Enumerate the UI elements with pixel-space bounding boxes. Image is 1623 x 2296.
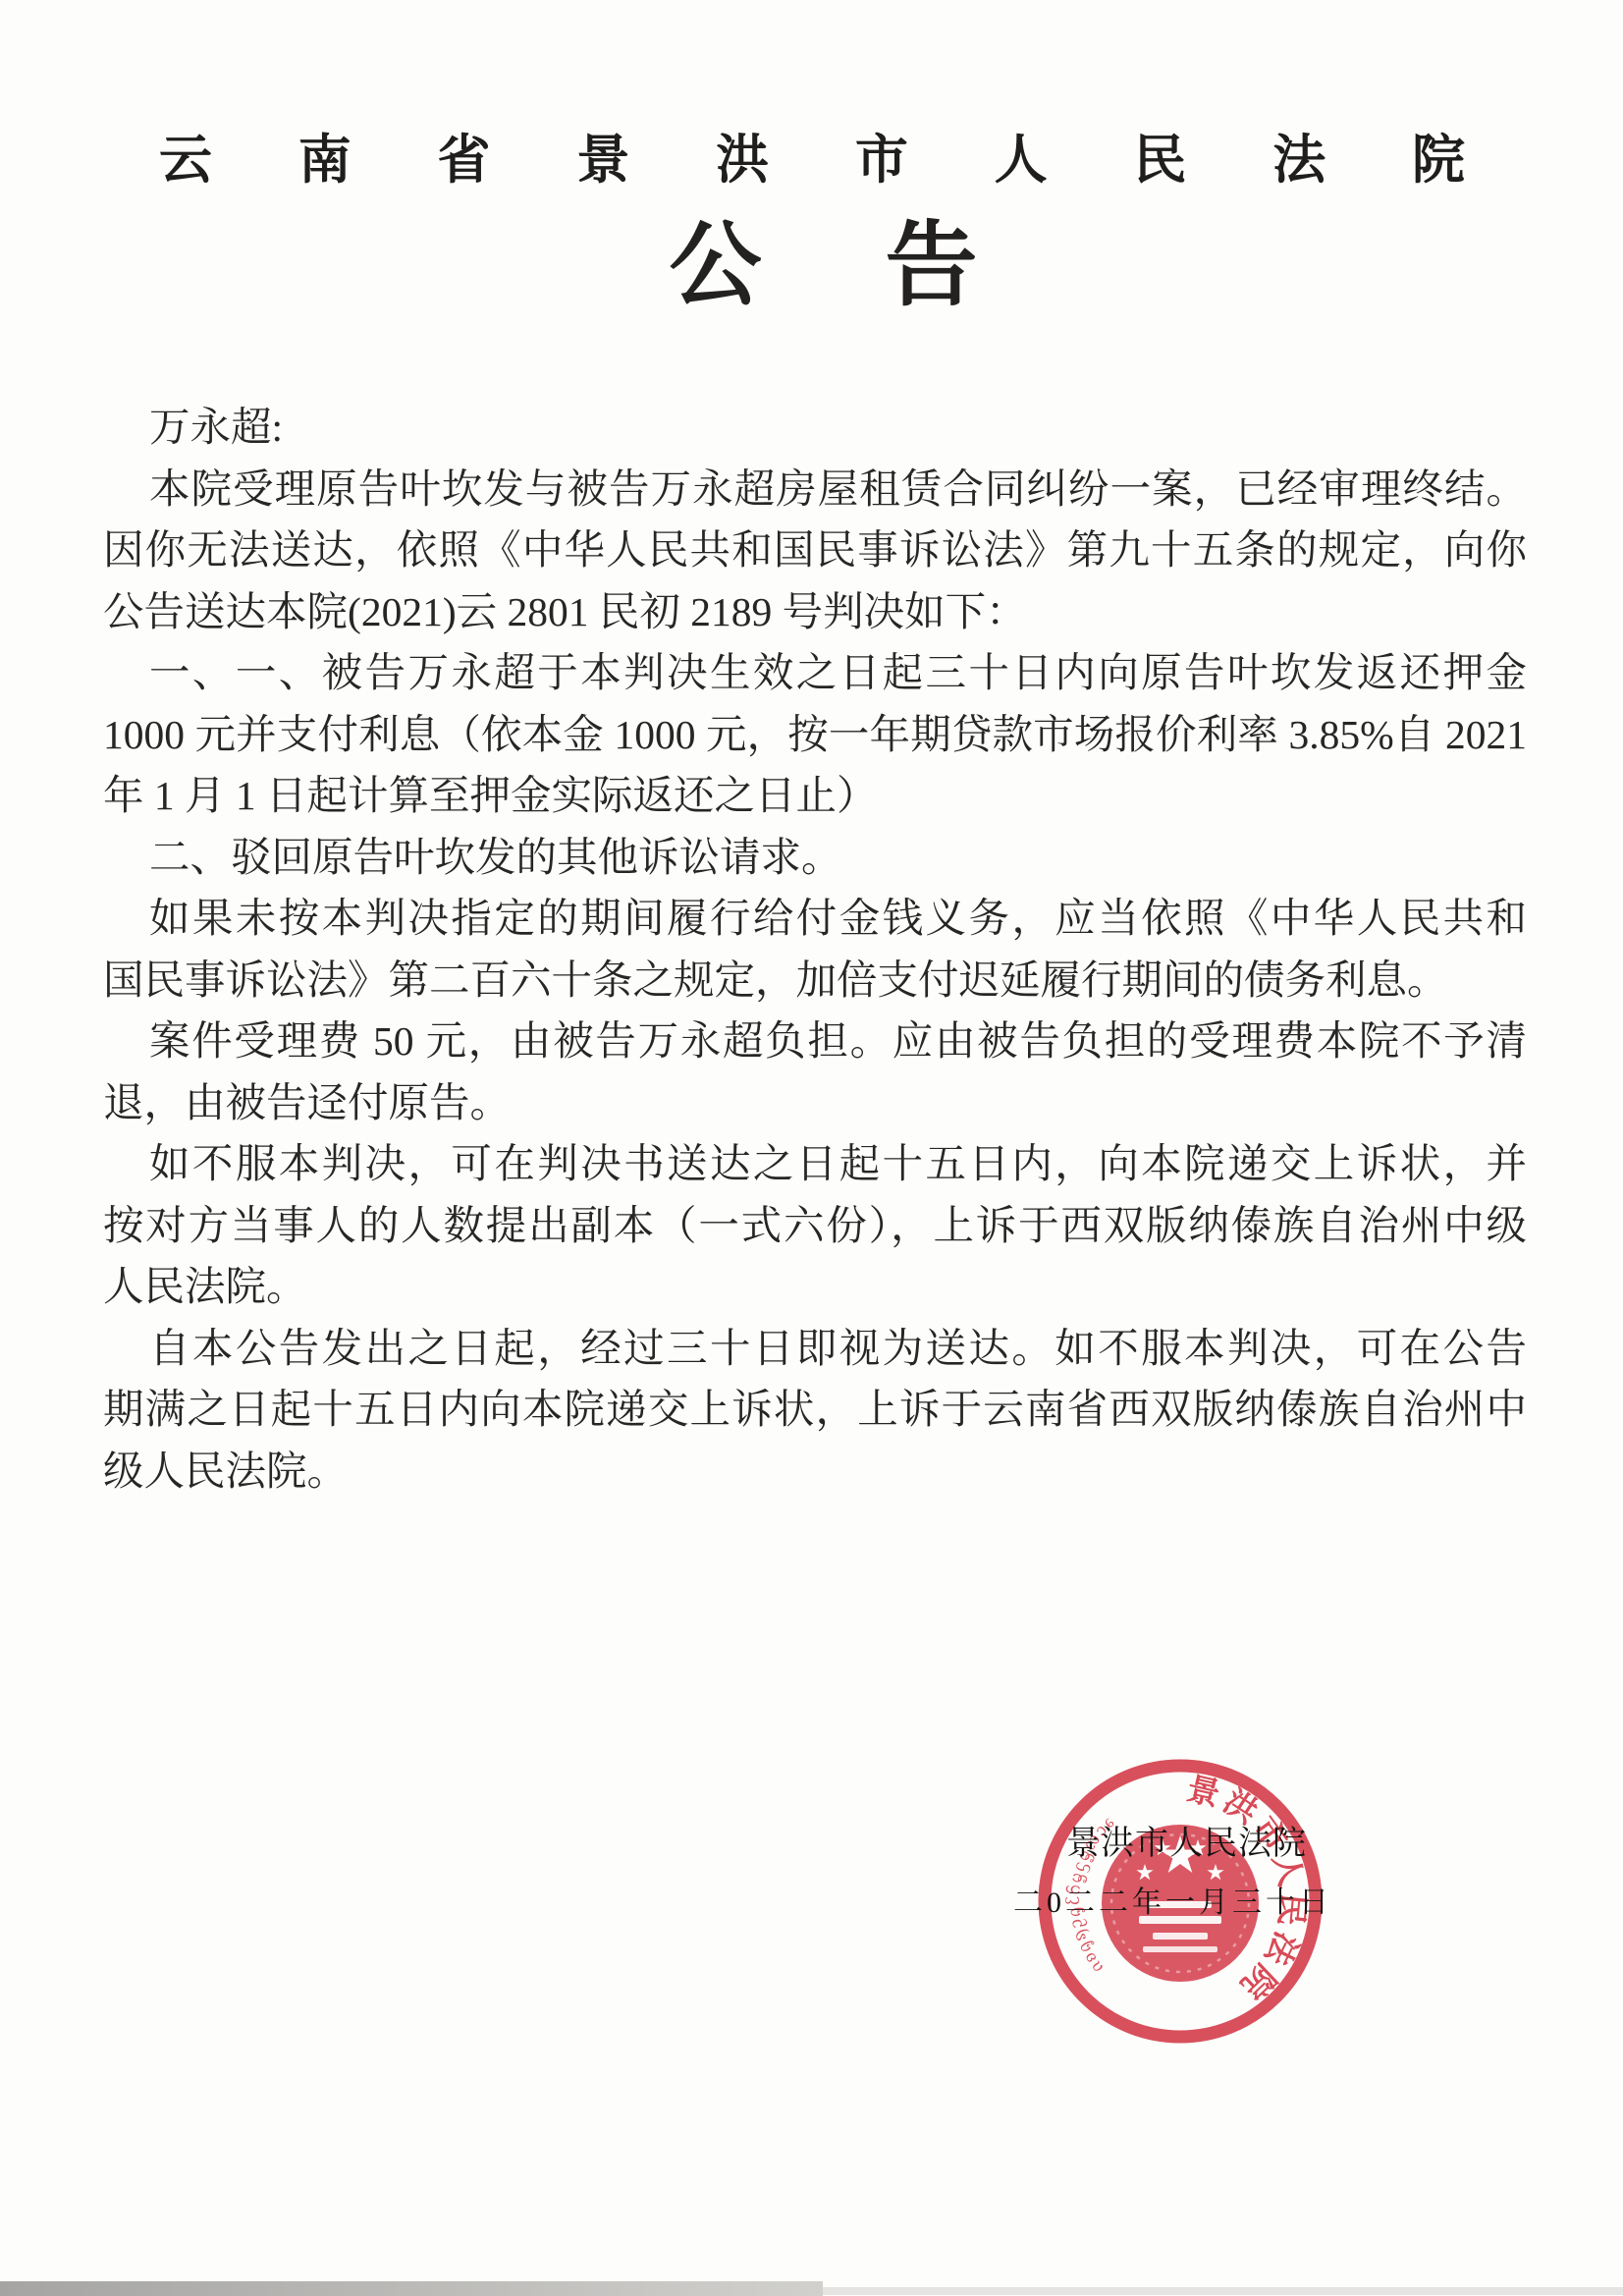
court-notice-document: 云南省景洪市人民法院 公 告 万永超: 本院受理原告叶坎发与被告万永超房屋租赁合… [0,0,1623,2296]
scan-edge-artifact [823,2287,1623,2295]
body-line: 1000 元并支付利息（依本金 1000 元，按一年期贷款市场报价利率 3.85… [103,704,1527,766]
signature-court-name: 景洪市人民法院 [1066,1816,1307,1864]
scan-edge-artifact [0,2281,823,2296]
body-line: 因你无法送达，依照《中华人民共和国民事诉讼法》第九十五条的规定，向你 [103,519,1527,581]
body-line: 自本公告发出之日起，经过三十日即视为送达。如不服本判决，可在公告 [103,1318,1527,1380]
body-line: 公告送达本院(2021)云 2801 民初 2189 号判决如下： [103,581,1527,643]
body-line: 如不服本判决，可在判决书送达之日起十五日内，向本院递交上诉状，并 [103,1133,1527,1195]
body-line: 期满之日起十五日内向本院递交上诉状，上诉于云南省西双版纳傣族自治州中 [103,1379,1527,1441]
recipient-line: 万永超: [103,397,1527,459]
court-header-title: 云南省景洪市人民法院 [159,118,1465,193]
body-line: 人民法院。 [103,1256,1527,1318]
body-line: 本院受理原告叶坎发与被告万永超房屋租赁合同纠纷一案，已经审理终结。 [103,459,1527,520]
notice-body: 万永超: 本院受理原告叶坎发与被告万永超房屋租赁合同纠纷一案，已经审理终结。 因… [103,397,1527,1502]
body-line: 如果未按本判决指定的期间履行给付金钱义务，应当依照《中华人民共和 [103,888,1527,950]
body-line: 案件受理费 50 元，由被告万永超负担。应由被告负担的受理费本院不予清 [103,1011,1527,1072]
signature-date: 二0二二年一月三十日 [1013,1878,1332,1921]
body-line: 国民事诉讼法》第二百六十条之规定，加倍支付迟延履行期间的债务利息。 [103,950,1527,1011]
body-line: 二、驳回原告叶坎发的其他诉讼请求。 [103,827,1527,889]
body-line: 退，由被告迳付原告。 [103,1072,1527,1134]
body-line: 按对方当事人的人数提出副本（一式六份），上诉于西双版纳傣族自治州中级 [103,1195,1527,1257]
body-line: 一、一、被告万永超于本判决生效之日起三十日内向原告叶坎发返还押金 [103,642,1527,704]
body-line: 年 1 月 1 日起计算至押金实际返还之日止） [103,765,1527,827]
notice-title: 公 告 [0,191,1623,323]
body-line: 级人民法院。 [103,1441,1527,1503]
